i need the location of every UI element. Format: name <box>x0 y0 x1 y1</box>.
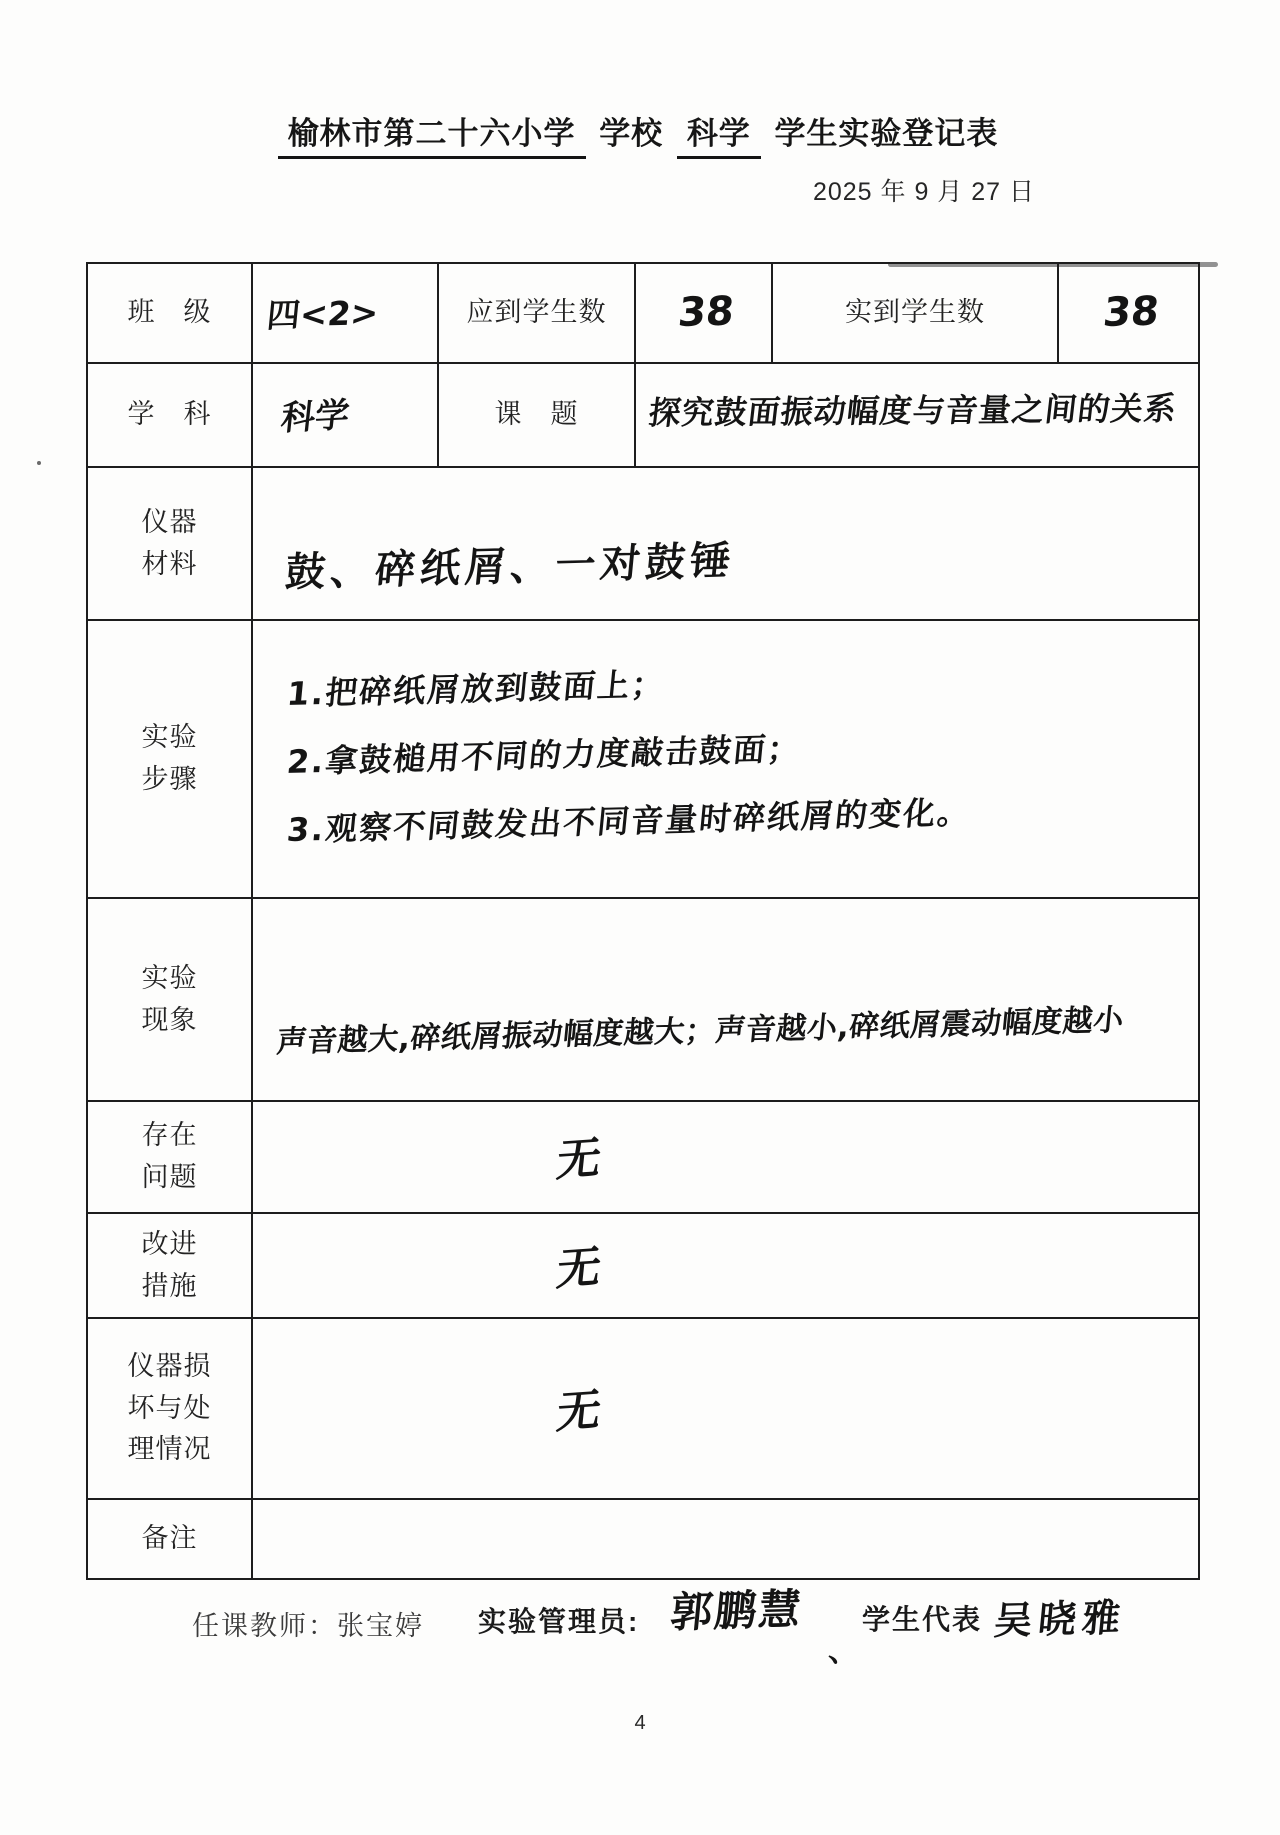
signature-footer: 任课教师：张宝婷 实验管理员: 郭鹏慧 、 学生代表 吴晓雅 <box>0 1588 1280 1708</box>
lab-admin-signature: 郭鹏慧 <box>668 1580 800 1640</box>
materials-label: 仪器 材料 <box>87 467 252 620</box>
student-rep-signature: 吴晓雅 <box>992 1590 1124 1645</box>
damage-value-handwriting: 无 <box>554 1373 605 1441</box>
steps-label: 实验 步骤 <box>87 620 252 898</box>
scanned-form-page: 榆林市第二十六小学 学校 科学 学生实验登记表 2025 年 9 月 27 日 … <box>0 0 1280 1835</box>
damage-value-cell: 无 <box>252 1318 1199 1499</box>
step-2-handwriting: 2.拿鼓槌用不同的力度敲击鼓面； <box>285 723 804 783</box>
lab-admin-label: 实验管理员: <box>478 1600 639 1640</box>
row-problems: 存在 问题 无 <box>87 1101 1199 1213</box>
expected-students-cell: 38 <box>635 263 772 363</box>
actual-students-label: 实到学生数 <box>772 263 1058 363</box>
class-value-handwriting: 四<2> <box>265 286 381 336</box>
form-date: 2025 年 9 月 27 日 <box>813 172 1035 208</box>
step-3-handwriting: 3.观察不同鼓发出不同音量时碎纸屑的变化。 <box>285 787 974 851</box>
subject-label: 学 科 <box>87 363 252 467</box>
admin-signature-mark: 、 <box>828 1626 858 1670</box>
form-title: 榆林市第二十六小学 学校 科学 学生实验登记表 <box>0 108 1280 159</box>
phenomenon-value-handwriting: 声音越大,碎纸屑振动幅度越大；声音越小,碎纸屑震动幅度越小 <box>275 994 1126 1060</box>
title-tail: 学生实验登记表 <box>770 108 1002 153</box>
subject-value-handwriting: 科学 <box>279 387 352 440</box>
remarks-value-cell <box>252 1499 1199 1579</box>
phenomenon-value-cell: 声音越大,碎纸屑振动幅度越大；声音越小,碎纸屑震动幅度越小 <box>252 898 1199 1101</box>
row-damage: 仪器损 坏与处 理情况 无 <box>87 1318 1199 1499</box>
phenomenon-label: 实验 现象 <box>87 898 252 1101</box>
remarks-label: 备注 <box>87 1499 252 1579</box>
student-rep-name-handwriting: 吴晓雅 <box>992 1586 1129 1645</box>
title-subject: 科学 <box>677 108 761 159</box>
row-improvements: 改进 措施 无 <box>87 1213 1199 1318</box>
expected-students-label: 应到学生数 <box>438 263 635 363</box>
damage-label: 仪器损 坏与处 理情况 <box>87 1318 252 1499</box>
expected-students-value-handwriting: 38 <box>676 288 736 336</box>
materials-value-cell: 鼓、碎纸屑、一对鼓锤 <box>252 467 1199 620</box>
class-label: 班 级 <box>87 263 252 363</box>
improvements-value-handwriting: 无 <box>554 1230 605 1298</box>
subject-value-cell: 科学 <box>252 363 438 467</box>
actual-students-cell: 38 <box>1058 263 1199 363</box>
materials-value-handwriting: 鼓、碎纸屑、一对鼓锤 <box>283 529 738 598</box>
improvements-label: 改进 措施 <box>87 1213 252 1318</box>
row-phenomenon: 实验 现象 声音越大,碎纸屑振动幅度越大；声音越小,碎纸屑震动幅度越小 <box>87 898 1199 1101</box>
class-value-cell: 四<2> <box>252 263 438 363</box>
topic-value-handwriting: 探究鼓面振动幅度与音量之间的关系 <box>646 383 1179 434</box>
teacher-signature-block: 任课教师：张宝婷 <box>192 1604 424 1643</box>
experiment-registration-table: 班 级 四<2> 应到学生数 38 实到学生数 38 学 科 科学 课 题 探究… <box>86 262 1200 1580</box>
actual-students-value-handwriting: 38 <box>1101 288 1161 336</box>
page-number: 4 <box>0 1712 1280 1735</box>
title-school-label: 学校 <box>595 108 667 153</box>
row-subject-topic: 学 科 科学 课 题 探究鼓面振动幅度与音量之间的关系 <box>87 363 1199 467</box>
row-class: 班 级 四<2> 应到学生数 38 实到学生数 38 <box>87 263 1199 363</box>
row-steps: 实验 步骤 1.把碎纸屑放到鼓面上； 2.拿鼓槌用不同的力度敲击鼓面； 3.观察… <box>87 620 1199 898</box>
row-materials: 仪器 材料 鼓、碎纸屑、一对鼓锤 <box>87 467 1199 620</box>
topic-label: 课 题 <box>438 363 635 467</box>
lab-admin-name-handwriting: 郭鹏慧 <box>668 1576 806 1640</box>
scan-artifact-dot <box>37 461 41 465</box>
topic-value-cell: 探究鼓面振动幅度与音量之间的关系 <box>635 363 1199 467</box>
teacher-name: 张宝婷 <box>337 1611 424 1641</box>
problems-label: 存在 问题 <box>87 1101 252 1213</box>
problems-value-handwriting: 无 <box>554 1121 605 1189</box>
teacher-label: 任课教师： <box>192 1611 337 1641</box>
improvements-value-cell: 无 <box>252 1213 1199 1318</box>
title-school-name: 榆林市第二十六小学 <box>278 108 586 159</box>
student-rep-label: 学生代表 <box>862 1598 982 1638</box>
steps-value-cell: 1.把碎纸屑放到鼓面上； 2.拿鼓槌用不同的力度敲击鼓面； 3.观察不同鼓发出不… <box>252 620 1199 898</box>
row-remarks: 备注 <box>87 1499 1199 1579</box>
step-1-handwriting: 1.把碎纸屑放到鼓面上； <box>285 659 668 715</box>
problems-value-cell: 无 <box>252 1101 1199 1213</box>
